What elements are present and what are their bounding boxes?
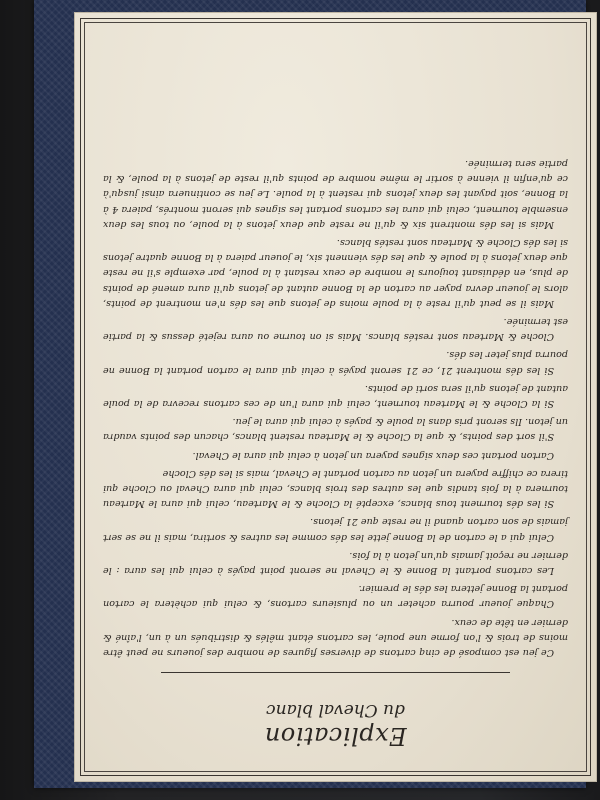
page-subtitle: du Cheval blanc <box>91 699 580 721</box>
paragraph: S'il sort des points, & que la Cloche & … <box>103 414 568 444</box>
paragraph: Mais si les dés montrent six & qu'il ne … <box>103 156 568 232</box>
paragraph: Celui qui a le carton de la Bonne jette … <box>103 514 568 544</box>
paragraph: Cloche & Marteau sont restés blancs. Mai… <box>103 314 568 344</box>
page-title: Explication <box>91 721 580 751</box>
mounting-card: Explication du Cheval blanc Ce jeu est c… <box>34 0 586 788</box>
paragraph: Ce jeu est composé de cinq cartons de di… <box>103 614 568 660</box>
paragraph: Mais il se peut qu'il reste à la poule m… <box>103 235 568 311</box>
paragraph: Les cartons portant la Bonne & le Cheval… <box>103 548 568 578</box>
title-divider <box>161 672 510 673</box>
body-text: Ce jeu est composé de cinq cartons de di… <box>91 156 580 660</box>
title-block: Explication du Cheval blanc <box>91 681 580 765</box>
paragraph: Si les dés tournent tous blancs, excepté… <box>103 466 568 512</box>
paragraph: Si la Cloche & le Marteau tournent, celu… <box>103 381 568 411</box>
paragraph: Carton portant ces deux signes payera un… <box>103 447 568 462</box>
paragraph: Chaque joueur pourra acheter un ou plusi… <box>103 581 568 611</box>
manuscript-page: Explication du Cheval blanc Ce jeu est c… <box>74 12 597 782</box>
rotated-content: Explication du Cheval blanc Ce jeu est c… <box>91 29 580 765</box>
paragraph: Si les dés montrent 21, ce 21 seront pay… <box>103 347 568 377</box>
